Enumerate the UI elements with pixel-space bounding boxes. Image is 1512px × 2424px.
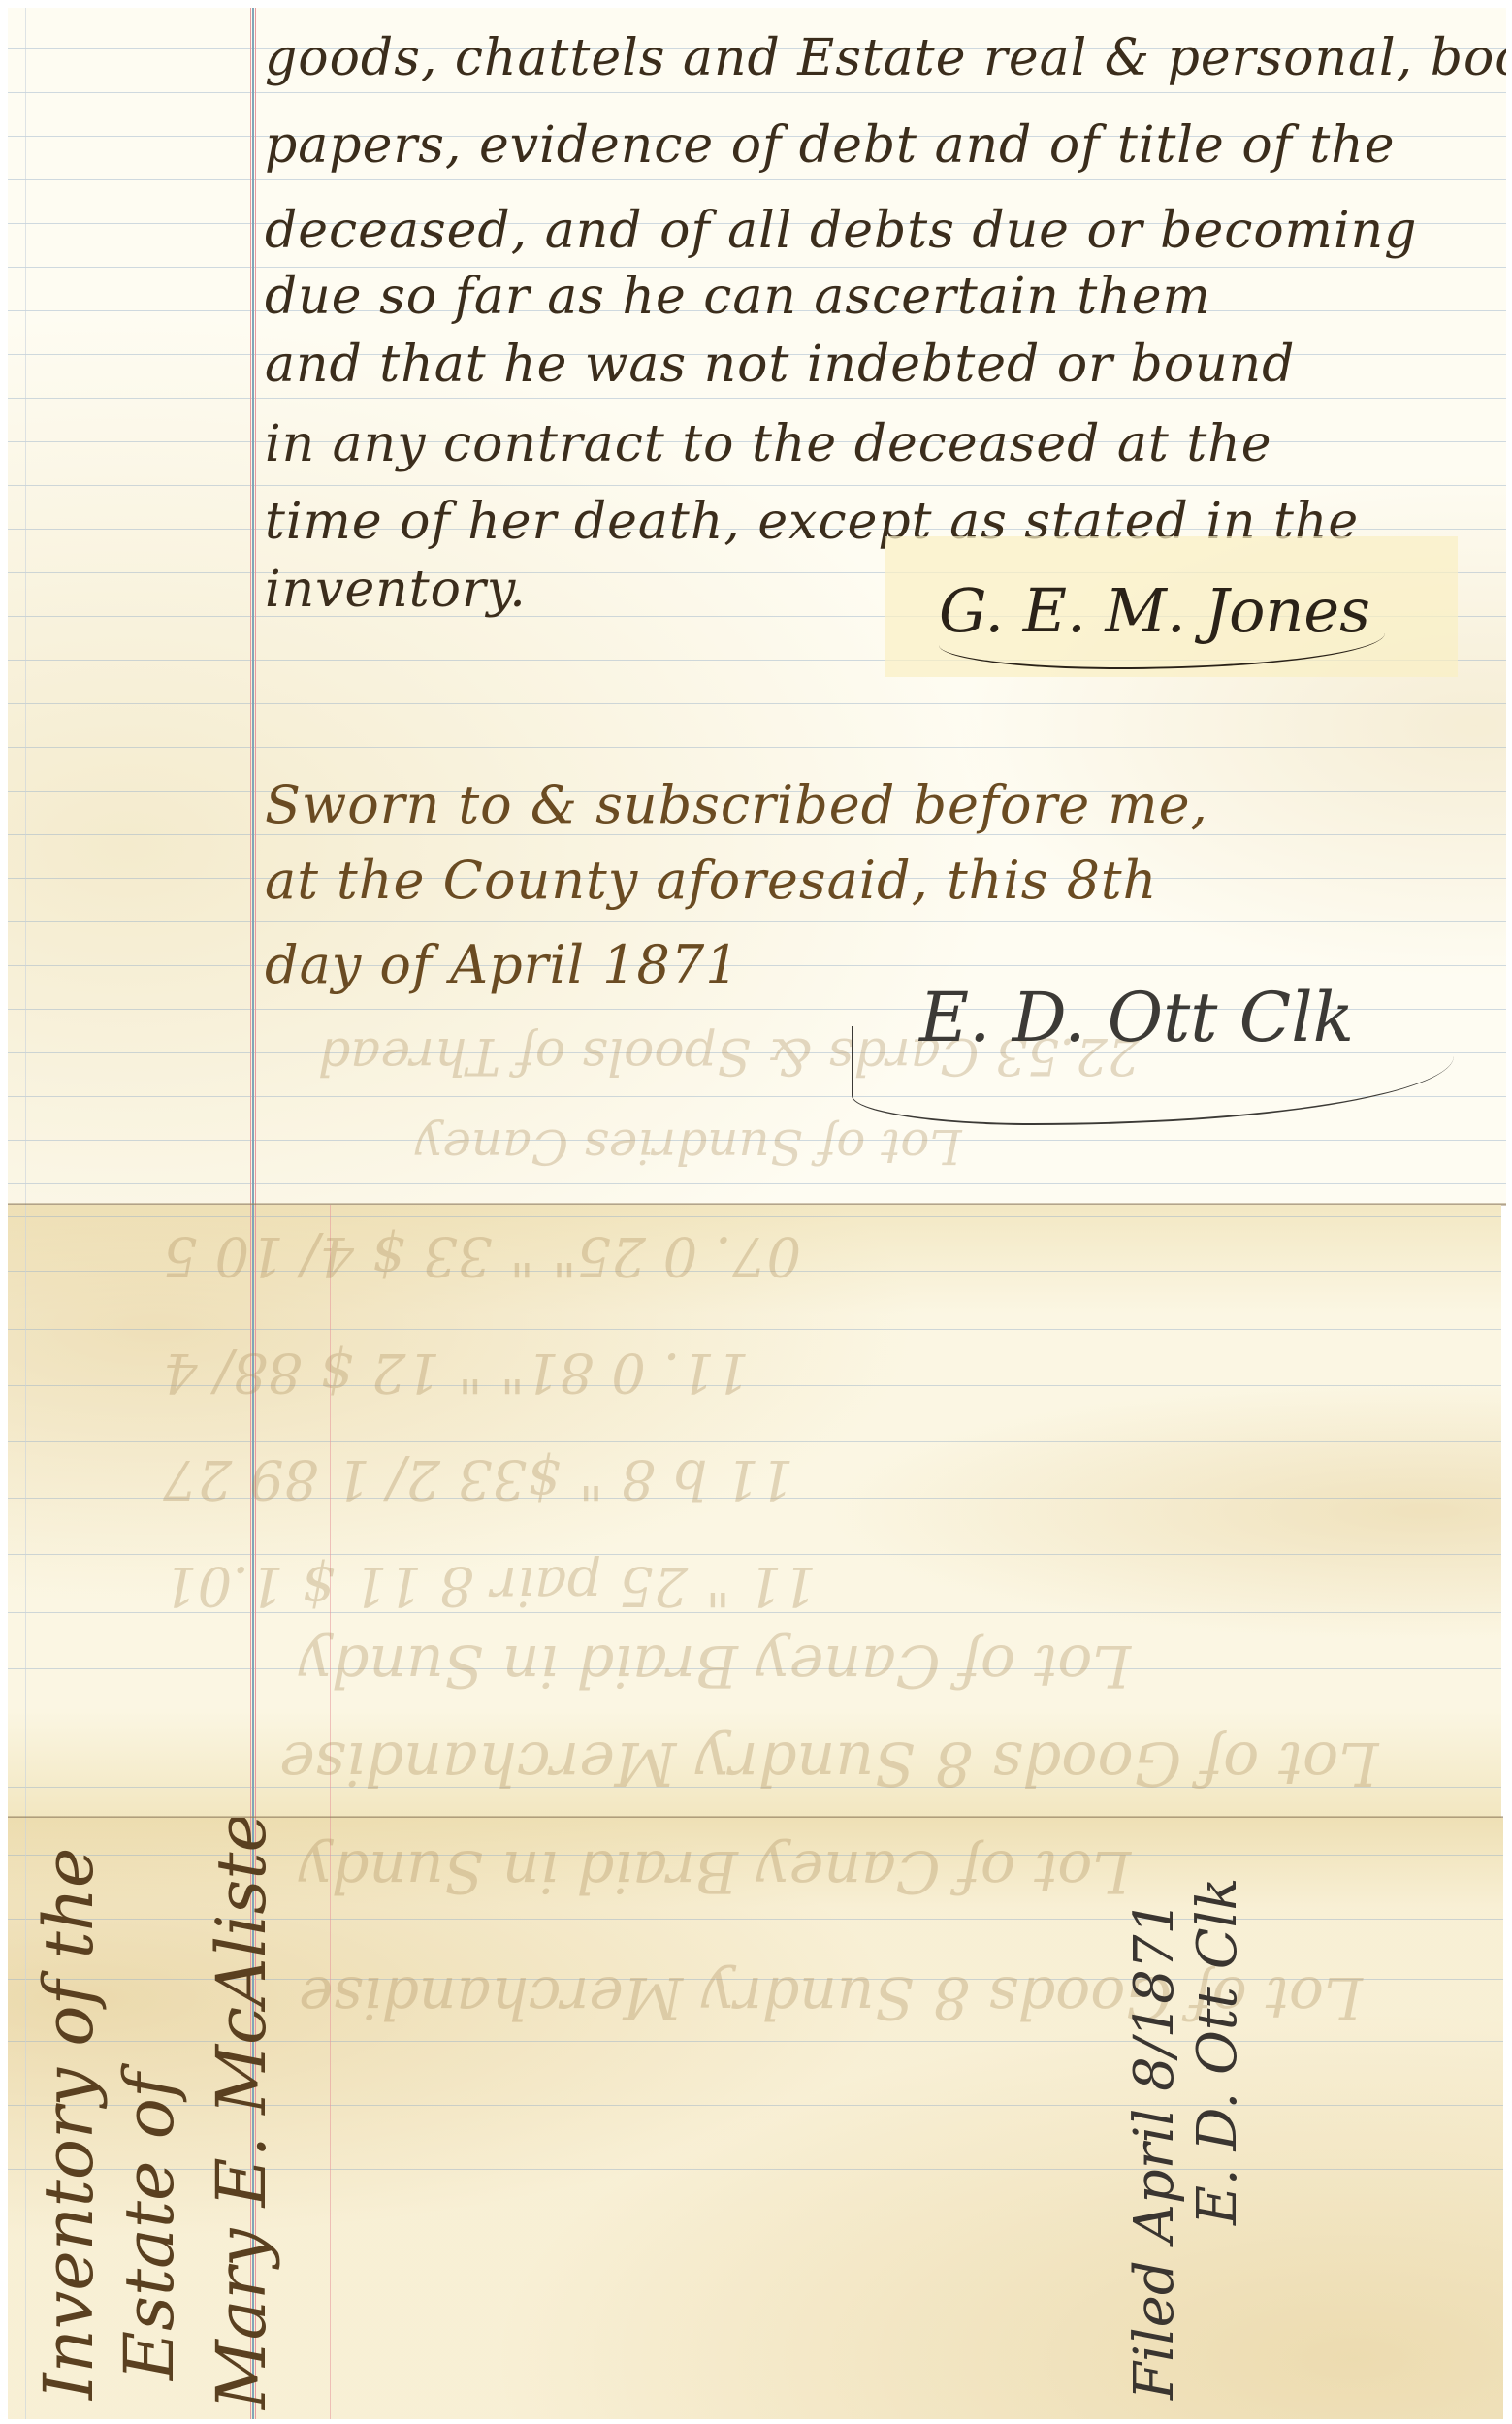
- affidavit-line-2: papers, evidence of debt and of title of…: [265, 116, 1396, 175]
- bleed-through-text: 11 " 25 pair 8 11 $ 1.01: [163, 1554, 817, 1617]
- ruled-line: [8, 1441, 1501, 1442]
- clerk-signature-flourish: [852, 1026, 1454, 1125]
- ruled-line: [8, 747, 1506, 748]
- bleed-through-text: 11. 0 81" " 12 $ 88/ 4: [163, 1341, 750, 1404]
- affidavit-line-5: and that he was not indebted or bound: [265, 336, 1295, 394]
- ruled-line: [8, 1183, 1506, 1184]
- red-margin-line: [250, 1205, 256, 1818]
- bleed-through-text: Lot of Sundries Caney: [415, 1118, 962, 1175]
- ruled-line: [8, 398, 1506, 399]
- affidavit-line-6: in any contract to the deceased at the: [265, 415, 1272, 473]
- bleed-through-text: Lot of Goods 8 Sundry Merchandise: [279, 1729, 1378, 1799]
- ruled-line: [8, 921, 1506, 922]
- docket-line-3: Mary E. McAlister: [202, 1818, 281, 2409]
- ruled-line: [8, 703, 1506, 704]
- ruled-line: [8, 179, 1506, 180]
- bleed-through-text: 07. 0 25" " 33 $ 4/ 10 5: [163, 1224, 801, 1287]
- panel-affidavit: 22.53 Cards & Spools of Thread Lot of Su…: [8, 8, 1506, 1205]
- panel-blank: 07. 0 25" " 33 $ 4/ 10 5 11. 0 81" " 12 …: [8, 1205, 1501, 1818]
- ruled-line: [8, 92, 1506, 93]
- document-sheet: 22.53 Cards & Spools of Thread Lot of Su…: [0, 0, 1512, 2424]
- affidavit-line-1: goods, chattels and Estate real & person…: [265, 29, 1506, 87]
- ruled-line: [8, 485, 1506, 486]
- left-margin-line: [25, 8, 26, 1205]
- ruled-line: [8, 1329, 1501, 1330]
- affidavit-line-3: deceased, and of all debts due or becomi…: [265, 202, 1417, 260]
- jurat-line-1: Sworn to & subscribed before me,: [265, 774, 1208, 835]
- red-margin-line: [250, 8, 256, 1205]
- jurat-line-3: day of April 1871: [265, 934, 740, 995]
- bleed-through-text: 11 b 8 " $33 2/ 1 89 27: [163, 1447, 793, 1510]
- bleed-through-text: Lot of Caney Braid in Sundy: [299, 1837, 1131, 1905]
- affidavit-line-4: due so far as he can ascertain them: [265, 268, 1211, 326]
- panel-endorsement: Lot of Caney Braid in Sundy Lot of Goods…: [8, 1818, 1503, 2419]
- ruled-line: [8, 1216, 1501, 1217]
- filed-date: Filed April 8/1871: [1123, 1900, 1186, 2400]
- secondary-margin-line: [330, 1205, 331, 1818]
- bleed-through-text: Lot of Caney Braid in Sundy: [299, 1632, 1131, 1699]
- left-margin-line: [25, 1818, 26, 2419]
- ruled-line: [8, 965, 1506, 966]
- left-margin-line: [25, 1205, 26, 1818]
- affidavit-line-8: inventory.: [265, 561, 527, 619]
- secondary-margin-line: [330, 1818, 331, 2419]
- docket-line-2: Estate of: [110, 2073, 189, 2380]
- jurat-line-2: at the County aforesaid, this 8th: [265, 850, 1157, 911]
- filed-clerk-signature: E. D. Ott Clk: [1186, 1878, 1249, 2225]
- docket-line-1: Inventory of the: [29, 1848, 109, 2400]
